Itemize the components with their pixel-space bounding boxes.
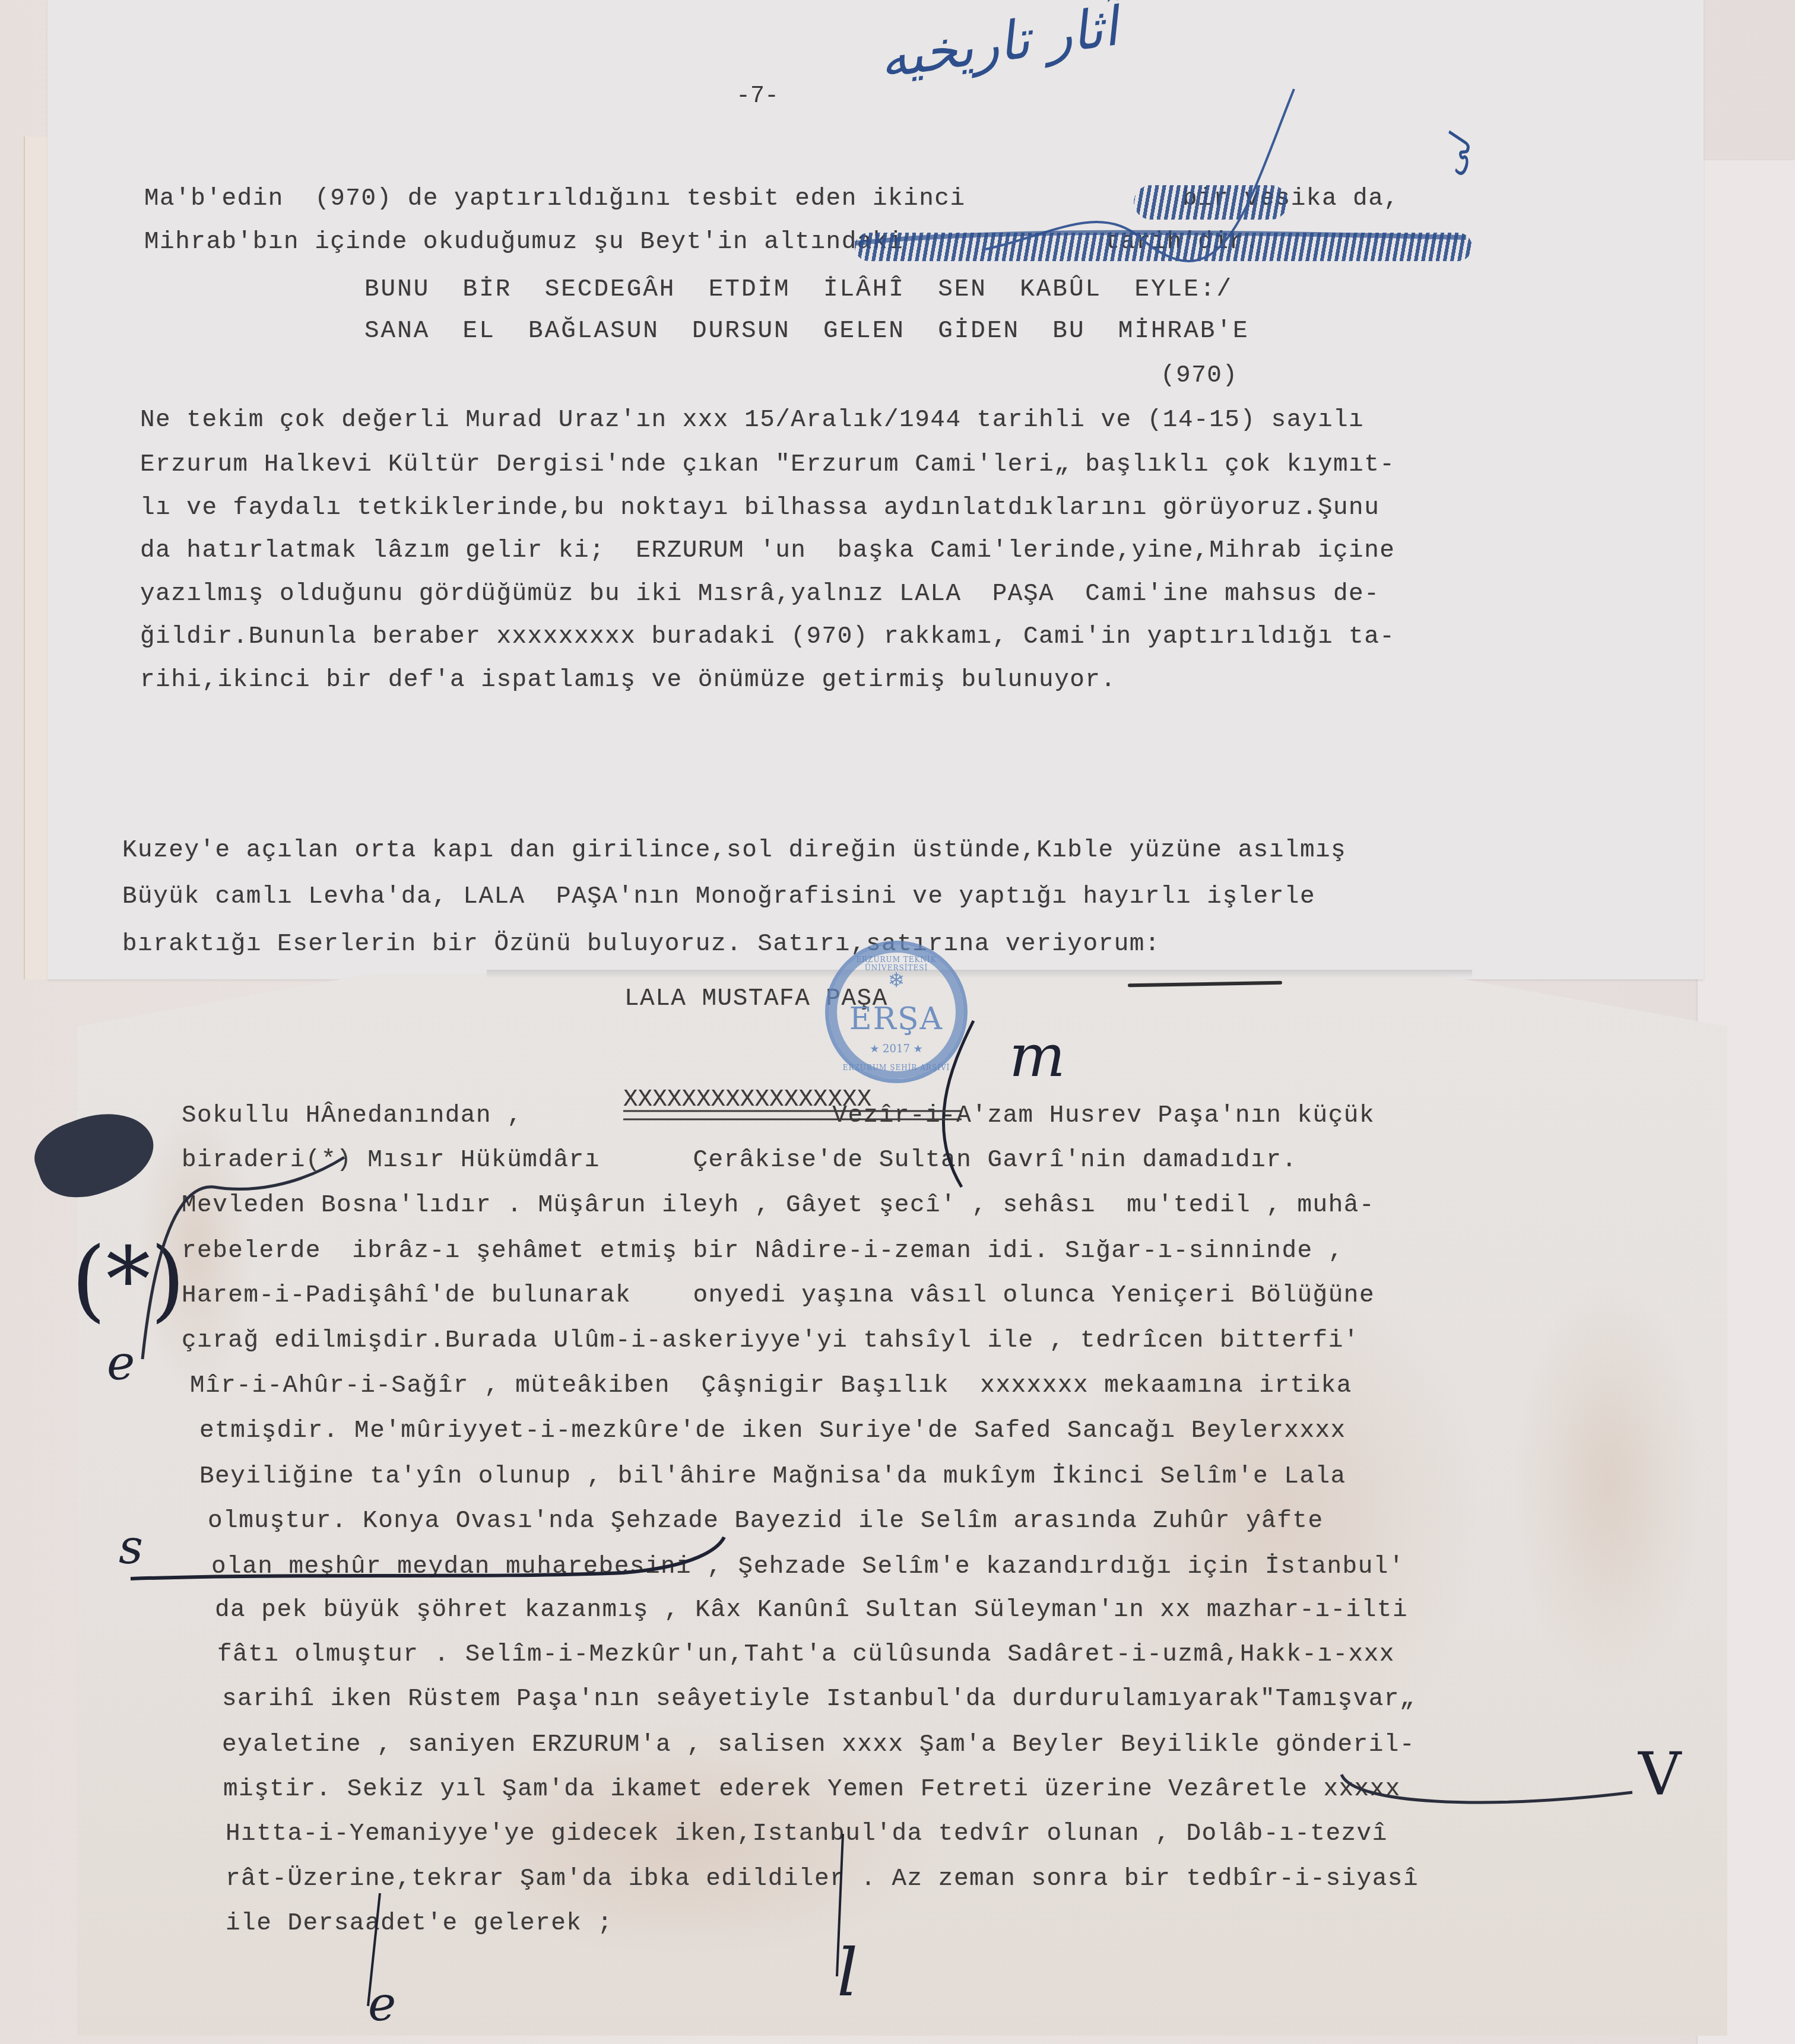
- typed-line: Beyiliğine ta'yîn olunup , bil'âhire Mağ…: [199, 1463, 1346, 1490]
- typed-line: rât-Üzerine,tekrar Şam'da ibka edildiler…: [226, 1865, 1419, 1893]
- page-number: -7-: [736, 83, 779, 110]
- typed-line: olmuştur. Konya Ovası'nda Şehzade Bayezi…: [208, 1507, 1324, 1535]
- typed-line: olan meşhûr meydan muharebesini , Şehzad…: [211, 1553, 1404, 1580]
- typed-line: sarihî iken Rüstem Paşa'nın seâyetiyle I…: [222, 1686, 1415, 1713]
- typed-line: Harem-i-Padişâhî'de bulunarak onyedi yaş…: [182, 1282, 1375, 1309]
- typed-line: da hatırlatmak lâzım gelir ki; ERZURUM '…: [140, 537, 1395, 564]
- pen-strikeout: [1134, 185, 1288, 220]
- typed-line: Mîr-i-Ahûr-i-Sağîr , müteâkiben Çâşnigir…: [190, 1372, 1352, 1399]
- margin-checkmark-v: V: [1638, 1739, 1681, 1808]
- typed-line: fâtı olmuştur . Selîm-i-Mezkûr'un,Taht'a…: [217, 1641, 1395, 1668]
- typed-line: rihi,ikinci bir def'a ispatlamış ve önüm…: [140, 666, 1117, 694]
- typed-line: Mevleden Bosna'lıdır . Müşârun ileyh , G…: [182, 1192, 1375, 1219]
- margin-letter-l: l: [837, 1935, 858, 2011]
- typed-line: etmişdir. Me'mûriyyet-i-mezkûre'de iken …: [199, 1417, 1346, 1445]
- margin-letter-s: s: [119, 1519, 143, 1575]
- typed-line: ile Dersaadet'e gelerek ;: [226, 1910, 613, 1937]
- archive-stamp: ERZURUM TEKNİK ÜNİVERSİTESİ ❄ ERŞA ★ 201…: [825, 941, 968, 1083]
- stamp-bottom-text: ERZURUM ŞEHİR ARŞİVİ: [829, 1064, 963, 1072]
- typed-line: Hıtta-i-Yemaniyye'ye gidecek iken,Istanb…: [226, 1820, 1388, 1848]
- stamp-year: ★ 2017 ★: [829, 1043, 963, 1055]
- margin-letter-m: m: [1009, 1021, 1065, 1090]
- typed-line: çırağ edilmişdir.Burada Ulûm-i-askeriyye…: [182, 1327, 1359, 1354]
- typed-line: yazılmış olduğunu gördüğümüz bu iki Mısr…: [140, 580, 1379, 608]
- typed-line: Kuzey'e açılan orta kapı dan girilince,s…: [122, 837, 1346, 864]
- typed-line: rebelerde ibrâz-ı şehâmet etmiş bir Nâdi…: [182, 1237, 1344, 1265]
- margin-letter-e: e: [107, 1335, 135, 1391]
- paper-stain: [1514, 1276, 1704, 1691]
- pen-strikeout: [855, 233, 1472, 261]
- paper-left-edge: [24, 137, 49, 979]
- verse-line: BUNU BİR SECDEGÂH ETDİM İLÂHÎ SEN KABÛL …: [364, 276, 1233, 303]
- verse-line: SANA EL BAĞLASUN DURSUN GELEN GİDEN BU M…: [364, 318, 1249, 345]
- snowflake-icon: ❄: [829, 969, 963, 992]
- typed-line: ğildir.Bununla beraber xxxxxxxxx buradak…: [140, 623, 1395, 650]
- typed-line: biraderi(*) Mısır Hükümdârı Çerâkise'de …: [182, 1147, 1298, 1174]
- typed-line: Sokullu HÂnedanından , Vezîr-i-A'zam Hus…: [182, 1102, 1375, 1129]
- margin-letter-e: e: [368, 1976, 396, 2032]
- typed-line: Erzurum Halkevi Kültür Dergisi'nde çıkan…: [140, 451, 1395, 478]
- verse-date: (970): [1160, 362, 1238, 389]
- paper-fold-shadow: [487, 970, 1472, 978]
- typed-line: bıraktığı Eserlerin bir Özünü buluyoruz.…: [122, 931, 1160, 958]
- typed-line: miştir. Sekiz yıl Şam'da ikamet ederek Y…: [223, 1776, 1401, 1803]
- typed-line: eyaletine , saniyen ERZURUM'a , salisen …: [222, 1731, 1415, 1759]
- typed-line: Ne tekim çok değerli Murad Uraz'ın xxx 1…: [140, 407, 1364, 434]
- stamp-logo-text: ERŞA: [829, 1001, 963, 1037]
- margin-asterisk-note: (*): [71, 1229, 185, 1332]
- typed-line: da pek büyük şöhret kazanmış , Kâx Kanûn…: [215, 1597, 1408, 1624]
- typed-line: Büyük camlı Levha'da, LALA PAŞA'nın Mono…: [122, 883, 1315, 910]
- typed-line: lı ve faydalı tetkiklerinde,bu noktayı b…: [140, 494, 1379, 522]
